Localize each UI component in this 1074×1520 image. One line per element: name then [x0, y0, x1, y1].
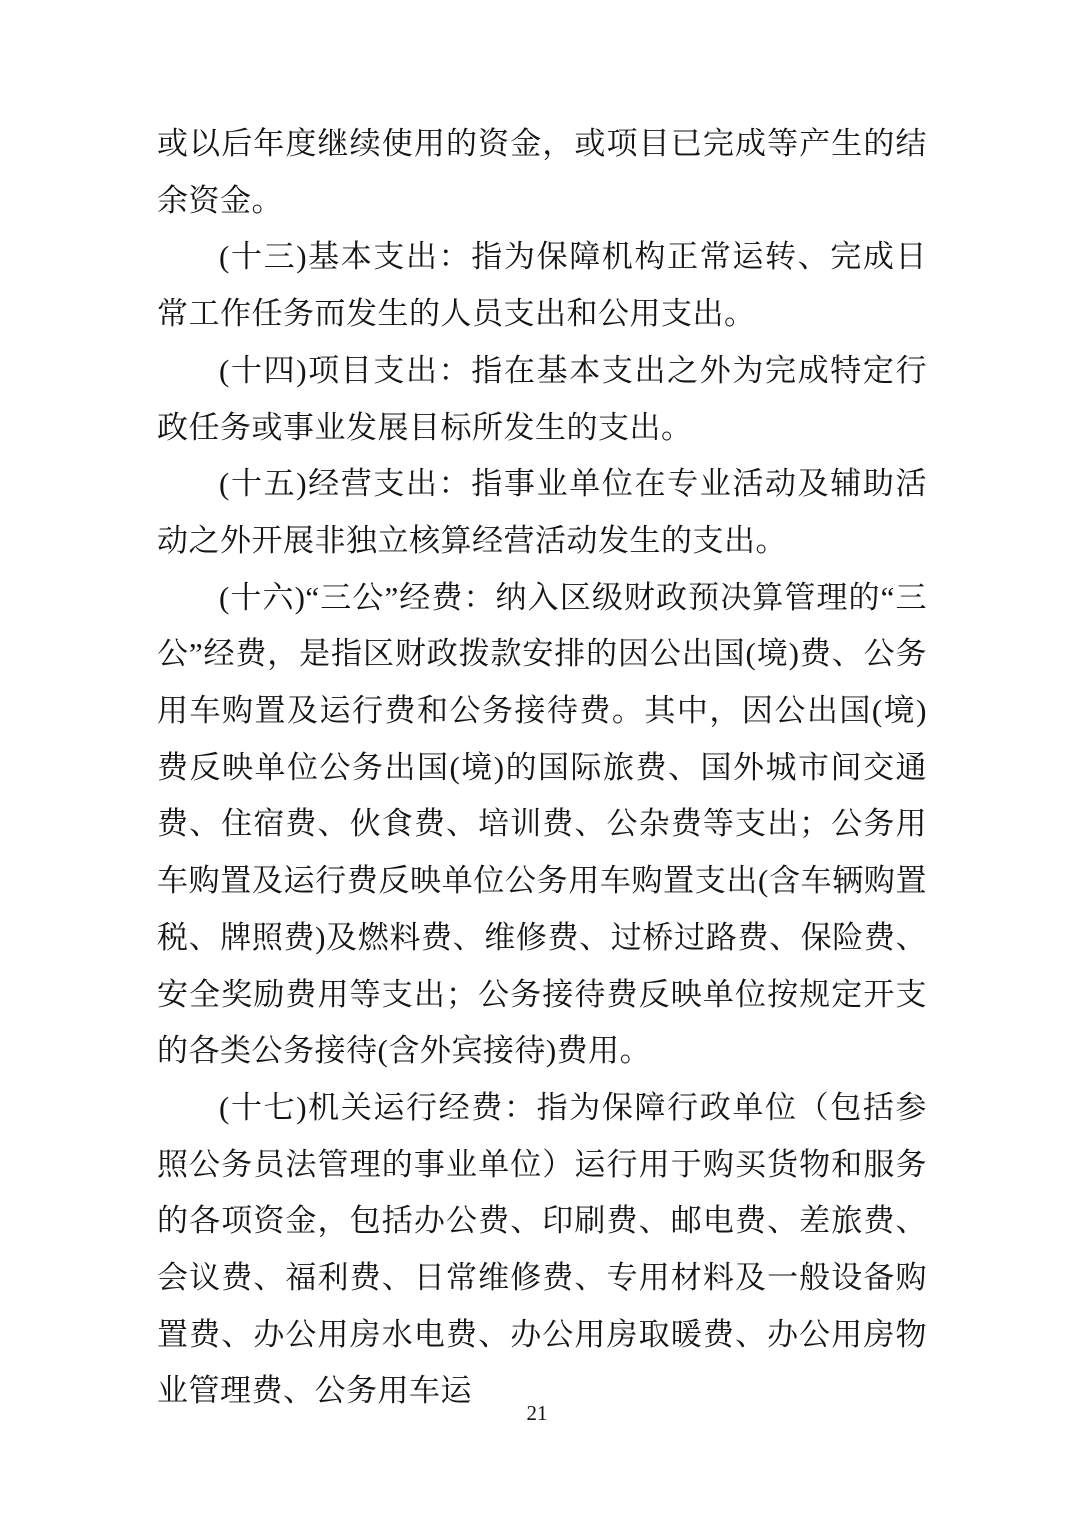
paragraph-item-17-agency-operating-funds: (十七)机关运行经费：指为保障行政单位（包括参照公务员法管理的事业单位）运行用于… [157, 1080, 927, 1420]
document-page: 或以后年度继续使用的资金，或项目已完成等产生的结余资金。 (十三)基本支出：指为… [0, 0, 1074, 1520]
paragraph-carryover: 或以后年度继续使用的资金，或项目已完成等产生的结余资金。 [157, 116, 927, 229]
page-number: 21 [527, 1401, 548, 1425]
paragraph-item-14-project-expenditure: (十四)项目支出：指在基本支出之外为完成特定行政任务或事业发展目标所发生的支出。 [157, 343, 927, 456]
paragraph-item-13-basic-expenditure: (十三)基本支出：指为保障机构正常运转、完成日常工作任务而发生的人员支出和公用支… [157, 229, 927, 342]
paragraph-item-16-three-public-funds: (十六)“三公”经费：纳入区级财政预决算管理的“三公”经费，是指区财政拨款安排的… [157, 570, 927, 1080]
page-footer: 21 [0, 1400, 1074, 1426]
paragraph-item-15-operating-expenditure: (十五)经营支出：指事业单位在专业活动及辅助活动之外开展非独立核算经营活动发生的… [157, 456, 927, 569]
document-body: 或以后年度继续使用的资金，或项目已完成等产生的结余资金。 (十三)基本支出：指为… [157, 116, 927, 1420]
